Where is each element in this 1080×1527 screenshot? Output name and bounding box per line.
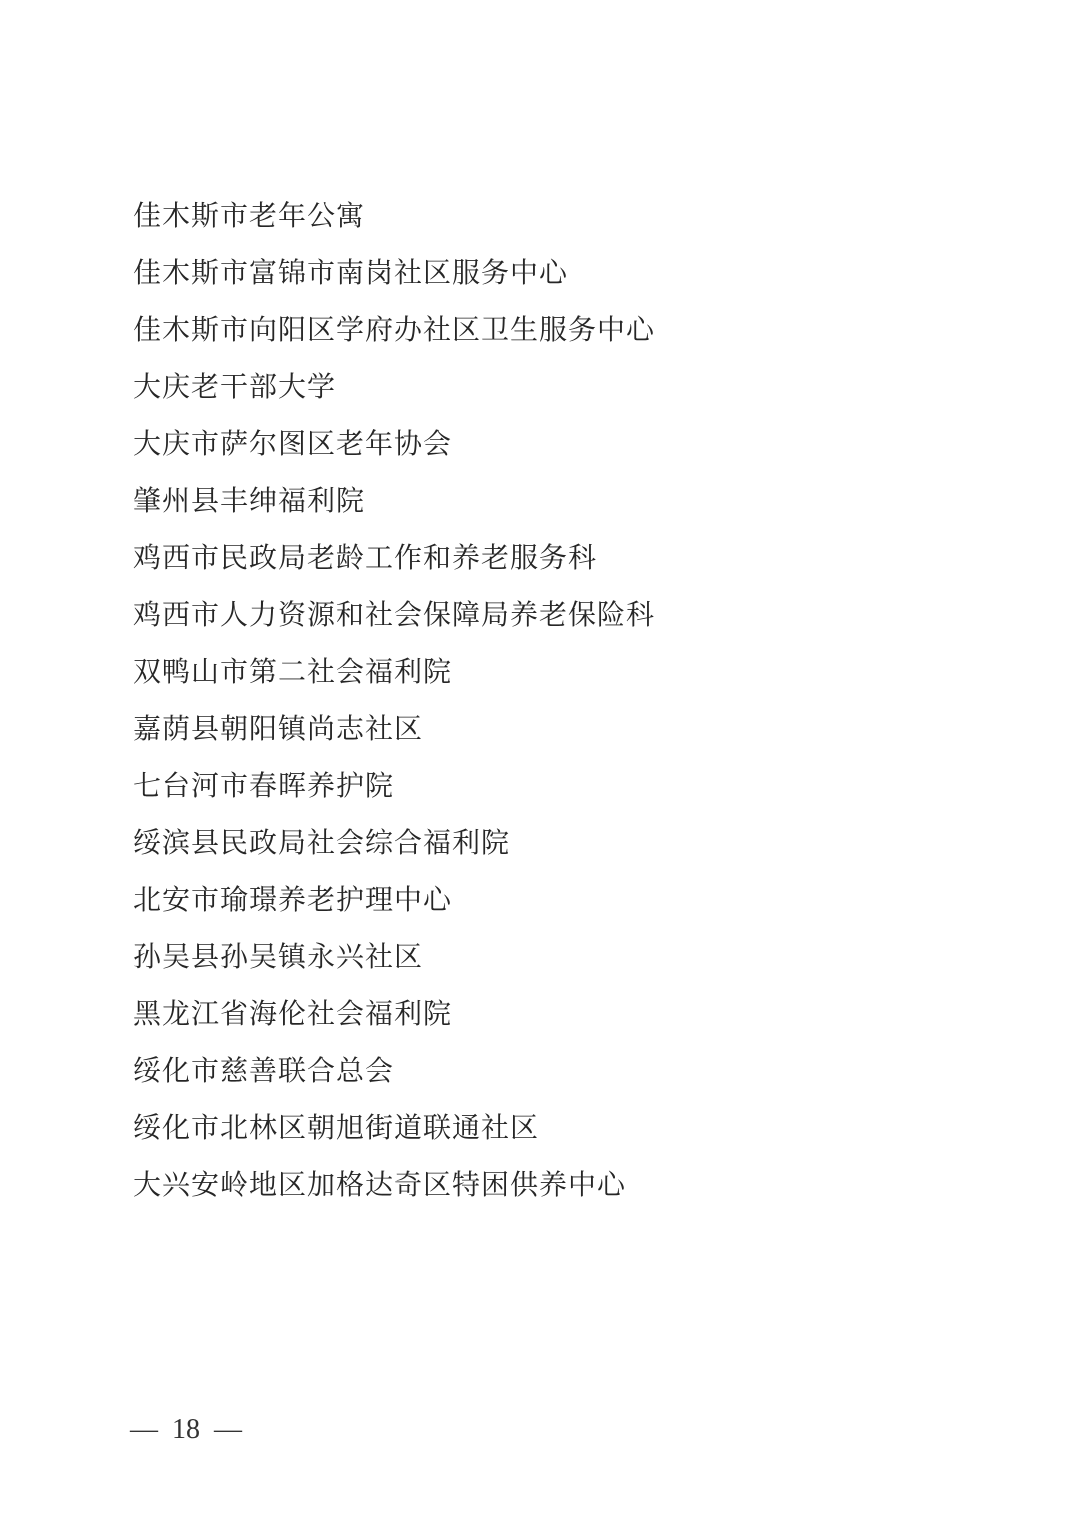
list-item: 佳木斯市老年公寓 — [133, 188, 1020, 245]
list-item: 双鸭山市第二社会福利院 — [133, 644, 1020, 701]
list-item: 佳木斯市富锦市南岗社区服务中心 — [133, 245, 1020, 302]
footer-dash-right: — — [214, 1414, 242, 1446]
list-item: 大兴安岭地区加格达奇区特困供养中心 — [133, 1157, 1020, 1214]
list-item: 佳木斯市向阳区学府办社区卫生服务中心 — [133, 302, 1020, 359]
list-item: 绥滨县民政局社会综合福利院 — [133, 815, 1020, 872]
list-item: 黑龙江省海伦社会福利院 — [133, 986, 1020, 1043]
organization-list: 佳木斯市老年公寓佳木斯市富锦市南岗社区服务中心佳木斯市向阳区学府办社区卫生服务中… — [133, 188, 1020, 1214]
document-page: 佳木斯市老年公寓佳木斯市富锦市南岗社区服务中心佳木斯市向阳区学府办社区卫生服务中… — [0, 0, 1080, 1527]
footer-dash-left: — — [130, 1414, 158, 1446]
list-item: 七台河市春晖养护院 — [133, 758, 1020, 815]
list-item: 鸡西市人力资源和社会保障局养老保险科 — [133, 587, 1020, 644]
list-item: 北安市瑜璟养老护理中心 — [133, 872, 1020, 929]
list-item: 绥化市慈善联合总会 — [133, 1043, 1020, 1100]
list-item: 肇州县丰绅福利院 — [133, 473, 1020, 530]
page-number: 18 — [172, 1414, 200, 1446]
page-footer: — 18 — — [130, 1414, 242, 1446]
list-item: 嘉荫县朝阳镇尚志社区 — [133, 701, 1020, 758]
list-item: 大庆市萨尔图区老年协会 — [133, 416, 1020, 473]
list-item: 孙吴县孙吴镇永兴社区 — [133, 929, 1020, 986]
list-item: 绥化市北林区朝旭街道联通社区 — [133, 1100, 1020, 1157]
list-item: 大庆老干部大学 — [133, 359, 1020, 416]
list-item: 鸡西市民政局老龄工作和养老服务科 — [133, 530, 1020, 587]
